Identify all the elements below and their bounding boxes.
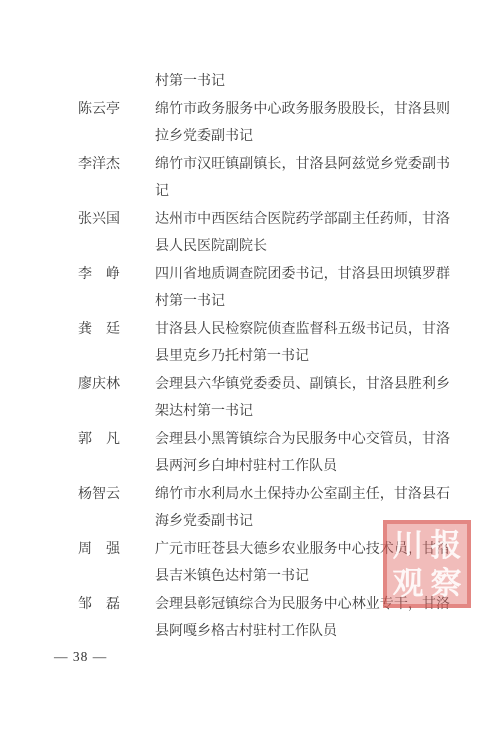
person-title: 四川省地质调查院团委书记，甘洛县田坝镇罗群村第一书记: [155, 261, 450, 316]
person-name: 郭 凡: [78, 426, 122, 454]
person-name: 廖庆林: [78, 371, 122, 399]
roster-entry: 李洋杰 绵竹市汉旺镇副镇长，甘洛县阿兹觉乡党委副书记: [78, 151, 450, 206]
roster-entry: 郭 凡 会理县小黑箐镇综合为民服务中心交管员，甘洛县两河乡白坤村驻村工作队员: [78, 426, 450, 481]
person-title: 绵竹市水利局水土保持办公室副主任，甘洛县石海乡党委副书记: [155, 481, 450, 536]
page-number: — 38 —: [54, 649, 107, 665]
person-title: 绵竹市政务服务中心政务服务股股长，甘洛县则拉乡党委副书记: [155, 96, 450, 151]
continuation-line: 村第一书记: [155, 68, 450, 96]
roster-entry: 张兴国 达州市中西医结合医院药学部副主任药师，甘洛县人民医院副院长: [78, 206, 450, 261]
roster-entry: 李 峥 四川省地质调查院团委书记，甘洛县田坝镇罗群村第一书记: [78, 261, 450, 316]
roster-entry: 邹 磊 会理县彰冠镇综合为民服务中心林业专干，甘洛县阿嘎乡格古村驻村工作队员: [78, 591, 450, 646]
person-name: 李洋杰: [78, 151, 122, 179]
roster-entry: 廖庆林 会理县六华镇党委委员、副镇长，甘洛县胜利乡架达村第一书记: [78, 371, 450, 426]
person-name: 邹 磊: [78, 591, 122, 619]
person-name: 张兴国: [78, 206, 122, 234]
roster-entry: 龚 廷 甘洛县人民检察院侦查监督科五级书记员，甘洛县里克乡乃托村第一书记: [78, 316, 450, 371]
person-name: 杨智云: [78, 481, 122, 509]
roster-entry: 杨智云 绵竹市水利局水土保持办公室副主任，甘洛县石海乡党委副书记: [78, 481, 450, 536]
person-title: 会理县彰冠镇综合为民服务中心林业专干，甘洛县阿嘎乡格古村驻村工作队员: [155, 591, 450, 646]
document-page: 村第一书记 陈云亭 绵竹市政务服务中心政务服务股股长，甘洛县则拉乡党委副书记 李…: [78, 68, 450, 646]
roster-entry: 周 强 广元市旺苍县大德乡农业服务中心技术员，甘洛县吉米镇色达村第一书记: [78, 536, 450, 591]
person-name: 李 峥: [78, 261, 122, 289]
roster-entry: 陈云亭 绵竹市政务服务中心政务服务股股长，甘洛县则拉乡党委副书记: [78, 96, 450, 151]
person-name: 龚 廷: [78, 316, 122, 344]
person-title: 广元市旺苍县大德乡农业服务中心技术员，甘洛县吉米镇色达村第一书记: [155, 536, 450, 591]
person-title: 会理县小黑箐镇综合为民服务中心交管员，甘洛县两河乡白坤村驻村工作队员: [155, 426, 450, 481]
person-name: 陈云亭: [78, 96, 122, 124]
person-name: 周 强: [78, 536, 122, 564]
person-title: 达州市中西医结合医院药学部副主任药师，甘洛县人民医院副院长: [155, 206, 450, 261]
person-title: 甘洛县人民检察院侦查监督科五级书记员，甘洛县里克乡乃托村第一书记: [155, 316, 450, 371]
person-title: 绵竹市汉旺镇副镇长，甘洛县阿兹觉乡党委副书记: [155, 151, 450, 206]
person-title: 会理县六华镇党委委员、副镇长，甘洛县胜利乡架达村第一书记: [155, 371, 450, 426]
